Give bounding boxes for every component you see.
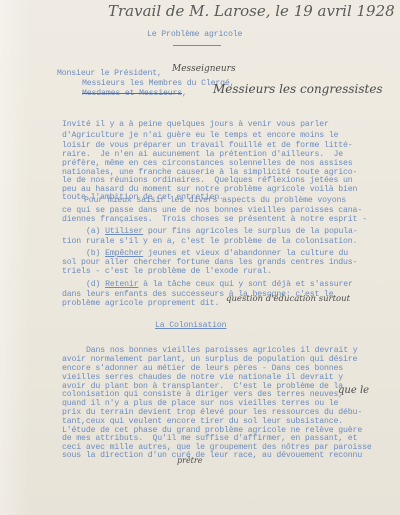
handwritten-congressistes: Messieurs les congressistes xyxy=(213,82,383,96)
item-d-line-3: problème agricole proprement dit. xyxy=(62,298,219,309)
handwritten-messeigneurs: Messeigneurs xyxy=(172,64,236,74)
handwritten-header: Travail de M. Larose, le 19 avril 1928 xyxy=(108,2,395,20)
paragraph-2-line: diennes françaises. Trois choses se prés… xyxy=(62,214,367,225)
paragraph-3-line: sous la direction d'un curé de leur race… xyxy=(62,450,362,461)
salutation-line-3: Mesdames et Messieurs, xyxy=(82,88,187,99)
item-b-line-3: triels - c'est le problème de l'exode ru… xyxy=(62,266,272,277)
handwritten-pretre: prêtre xyxy=(177,456,202,465)
title-underline xyxy=(173,45,221,46)
section-heading-colonisation: La Colonisation xyxy=(155,320,226,331)
handwritten-note-education: question d'éducation surtout xyxy=(226,294,350,304)
struck-text: Mesdames et Messieurs xyxy=(82,89,182,98)
item-a-line-2: tion rurale s'il y en a, c'est le problè… xyxy=(62,236,357,247)
paragraph-1-line: Invité il y a à peine quelques jours à v… xyxy=(62,119,329,130)
document-page: Travail de M. Larose, le 19 avril 1928 L… xyxy=(0,0,400,515)
handwritten-que-le: que le xyxy=(338,385,369,396)
document-title: Le Problème agricole xyxy=(147,29,242,40)
